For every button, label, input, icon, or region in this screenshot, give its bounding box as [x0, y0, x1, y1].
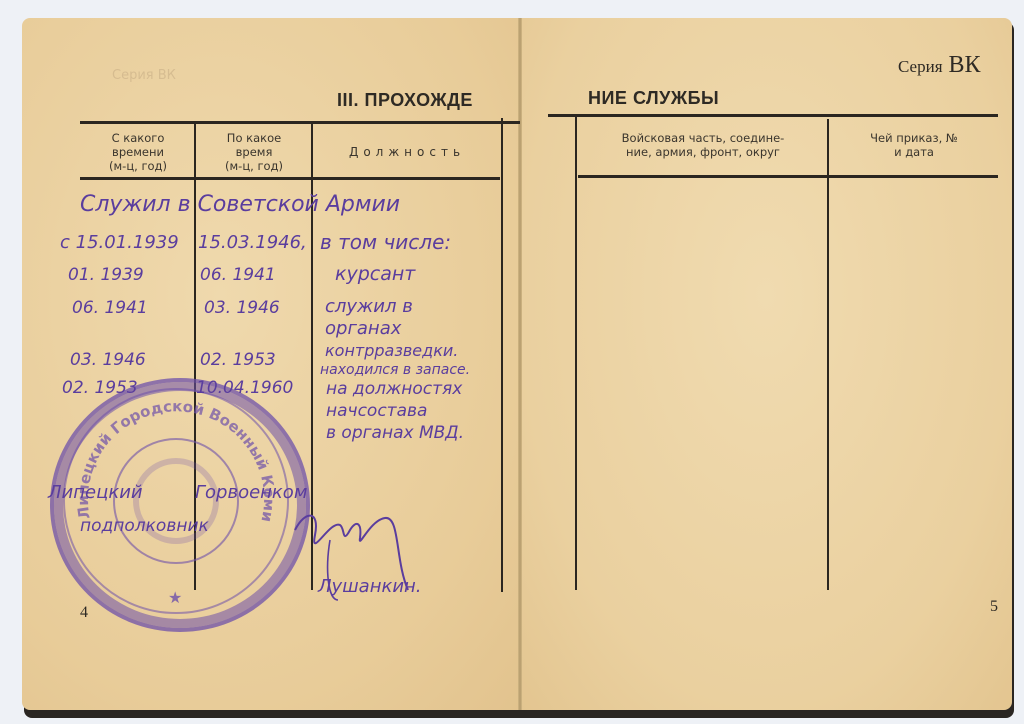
bleed-through-text: Серия ВК: [112, 68, 176, 83]
table-header-rule: [80, 177, 500, 180]
right-table-header-rule: [578, 175, 998, 178]
header-order-line: и дата: [834, 145, 994, 159]
header-unit-line: Войсковая часть, соедине-: [584, 131, 822, 145]
handwritten-start-date: с 15.01.1939: [60, 232, 179, 253]
row-4-position-line: в органах МВД.: [326, 422, 464, 444]
row-3-from: 03. 1946: [70, 350, 146, 370]
header-to: По какое время (м-ц, год): [198, 131, 310, 173]
header-position: Должность: [314, 145, 500, 159]
row-4-position-line: начсостава: [326, 400, 464, 422]
signature-rank: подполковник: [80, 516, 209, 536]
signature-city: Липецкий: [48, 482, 143, 503]
handwritten-line-served: Служил в Советской Армии: [80, 192, 400, 217]
page-number-right: 5: [990, 598, 998, 616]
page-number-left: 4: [80, 604, 88, 622]
header-from-line: времени: [84, 145, 192, 159]
handwritten-including: в том числе:: [320, 230, 451, 254]
handwritten-end-date: 15.03.1946,: [198, 232, 307, 253]
row-1-from: 01. 1939: [68, 265, 144, 285]
header-from: С какого времени (м-ц, год): [84, 131, 192, 173]
row-4-position: на должностях начсостава в органах МВД.: [326, 378, 464, 444]
signature-scribble-icon: [290, 500, 430, 610]
header-from-line: С какого: [84, 131, 192, 145]
series-label-text: Серия: [898, 57, 943, 76]
row-4-to: 10.04.1960: [196, 378, 293, 398]
series-value: ВК: [949, 52, 981, 78]
header-order-line: Чей приказ, №: [834, 131, 994, 145]
right-page: [520, 18, 1012, 710]
header-to-line: По какое: [198, 131, 310, 145]
row-2-position: служил в органах контрразведки.: [325, 296, 458, 362]
row-1-position: курсант: [335, 263, 415, 285]
row-1-to: 06. 1941: [200, 265, 276, 285]
right-column-divider-2: [827, 119, 829, 590]
row-4-from: 02. 1953: [62, 378, 138, 398]
column-divider-3: [501, 118, 503, 592]
row-2-to: 03. 1946: [204, 298, 280, 318]
official-stamp: Липецкий Городской Военный Комиссариат ★: [50, 378, 310, 632]
right-table-top-rule: [548, 114, 998, 117]
row-2-position-line: служил в: [325, 296, 458, 318]
section-title-right: НИЕ СЛУЖБЫ: [588, 88, 719, 109]
row-4-position-line: на должностях: [326, 378, 464, 400]
row-2-from: 06. 1941: [72, 298, 148, 318]
right-column-divider-1: [575, 117, 577, 590]
header-order: Чей приказ, № и дата: [834, 131, 994, 159]
row-3-position: находился в запасе.: [320, 362, 470, 378]
svg-text:★: ★: [168, 590, 182, 607]
header-unit-line: ние, армия, фронт, округ: [584, 145, 822, 159]
section-title-left: III. ПРОХОЖДЕ: [337, 90, 473, 111]
header-to-line: время: [198, 145, 310, 159]
table-top-rule: [80, 121, 520, 124]
series-label: СерияВК: [898, 52, 981, 79]
row-3-to: 02. 1953: [200, 350, 276, 370]
header-to-line: (м-ц, год): [198, 159, 310, 173]
row-2-position-line: органах: [325, 318, 458, 340]
header-from-line: (м-ц, год): [84, 159, 192, 173]
header-unit: Войсковая часть, соедине- ние, армия, фр…: [584, 131, 822, 159]
row-2-position-line: контрразведки.: [325, 340, 458, 362]
